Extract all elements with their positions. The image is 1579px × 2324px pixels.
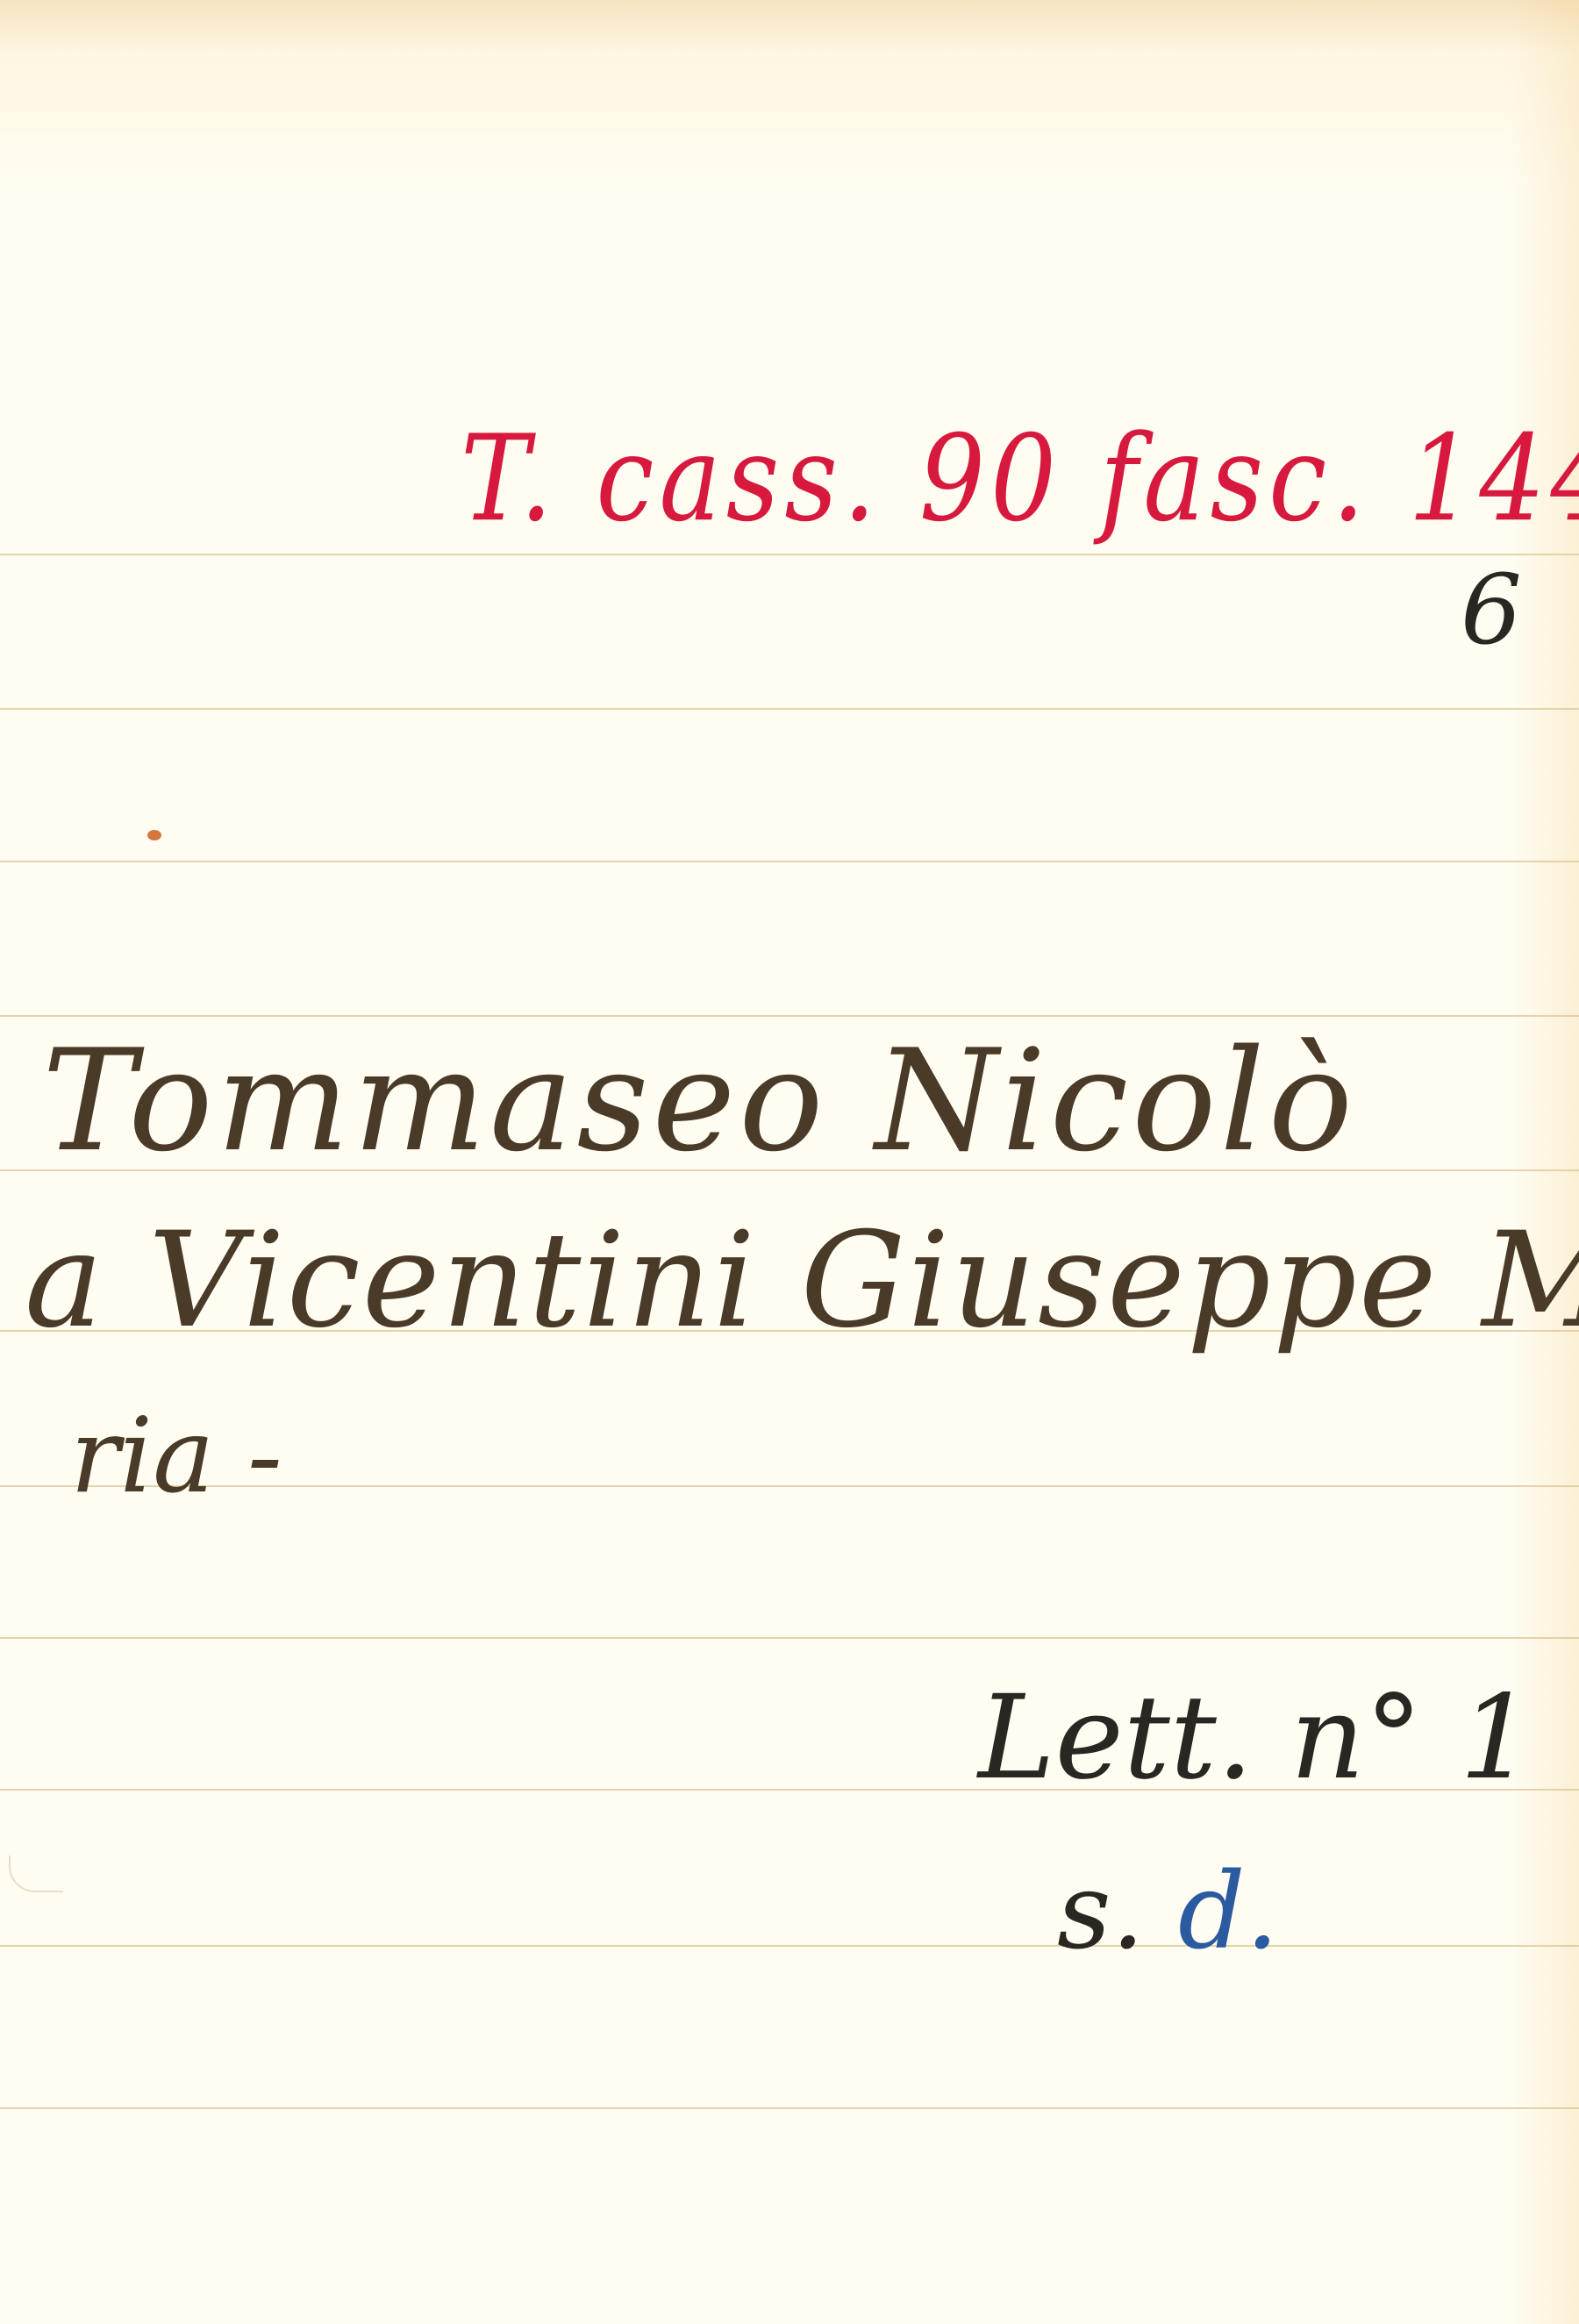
index-card: T. cass. 90 fasc. 144. 6 Tommaseo Nicolò… [0, 0, 1579, 2324]
recipient-line-continued: ria - [70, 1404, 282, 1507]
faint-mark [9, 1856, 63, 1892]
ruled-line [0, 861, 1579, 862]
date-note: s. d. [1057, 1860, 1279, 1965]
ruled-line [0, 708, 1579, 710]
ruled-line [0, 554, 1579, 555]
ruled-line [0, 1637, 1579, 1639]
ruled-line [0, 1015, 1579, 1017]
date-prefix: s. [1057, 1851, 1178, 1973]
recipient-line: a Vicentini Giuseppe Ma- [25, 1215, 1579, 1347]
date-suffix: d. [1178, 1851, 1279, 1973]
letter-number: Lett. n° 1 [978, 1680, 1533, 1796]
archive-reference: T. cass. 90 fasc. 144. [461, 418, 1579, 538]
ruled-line [0, 1945, 1579, 1947]
ink-spot [147, 830, 161, 840]
folio-number: 6 [1461, 561, 1522, 658]
author-line: Tommaseo Nicolò [42, 1031, 1356, 1171]
ruled-line [0, 2107, 1579, 2109]
